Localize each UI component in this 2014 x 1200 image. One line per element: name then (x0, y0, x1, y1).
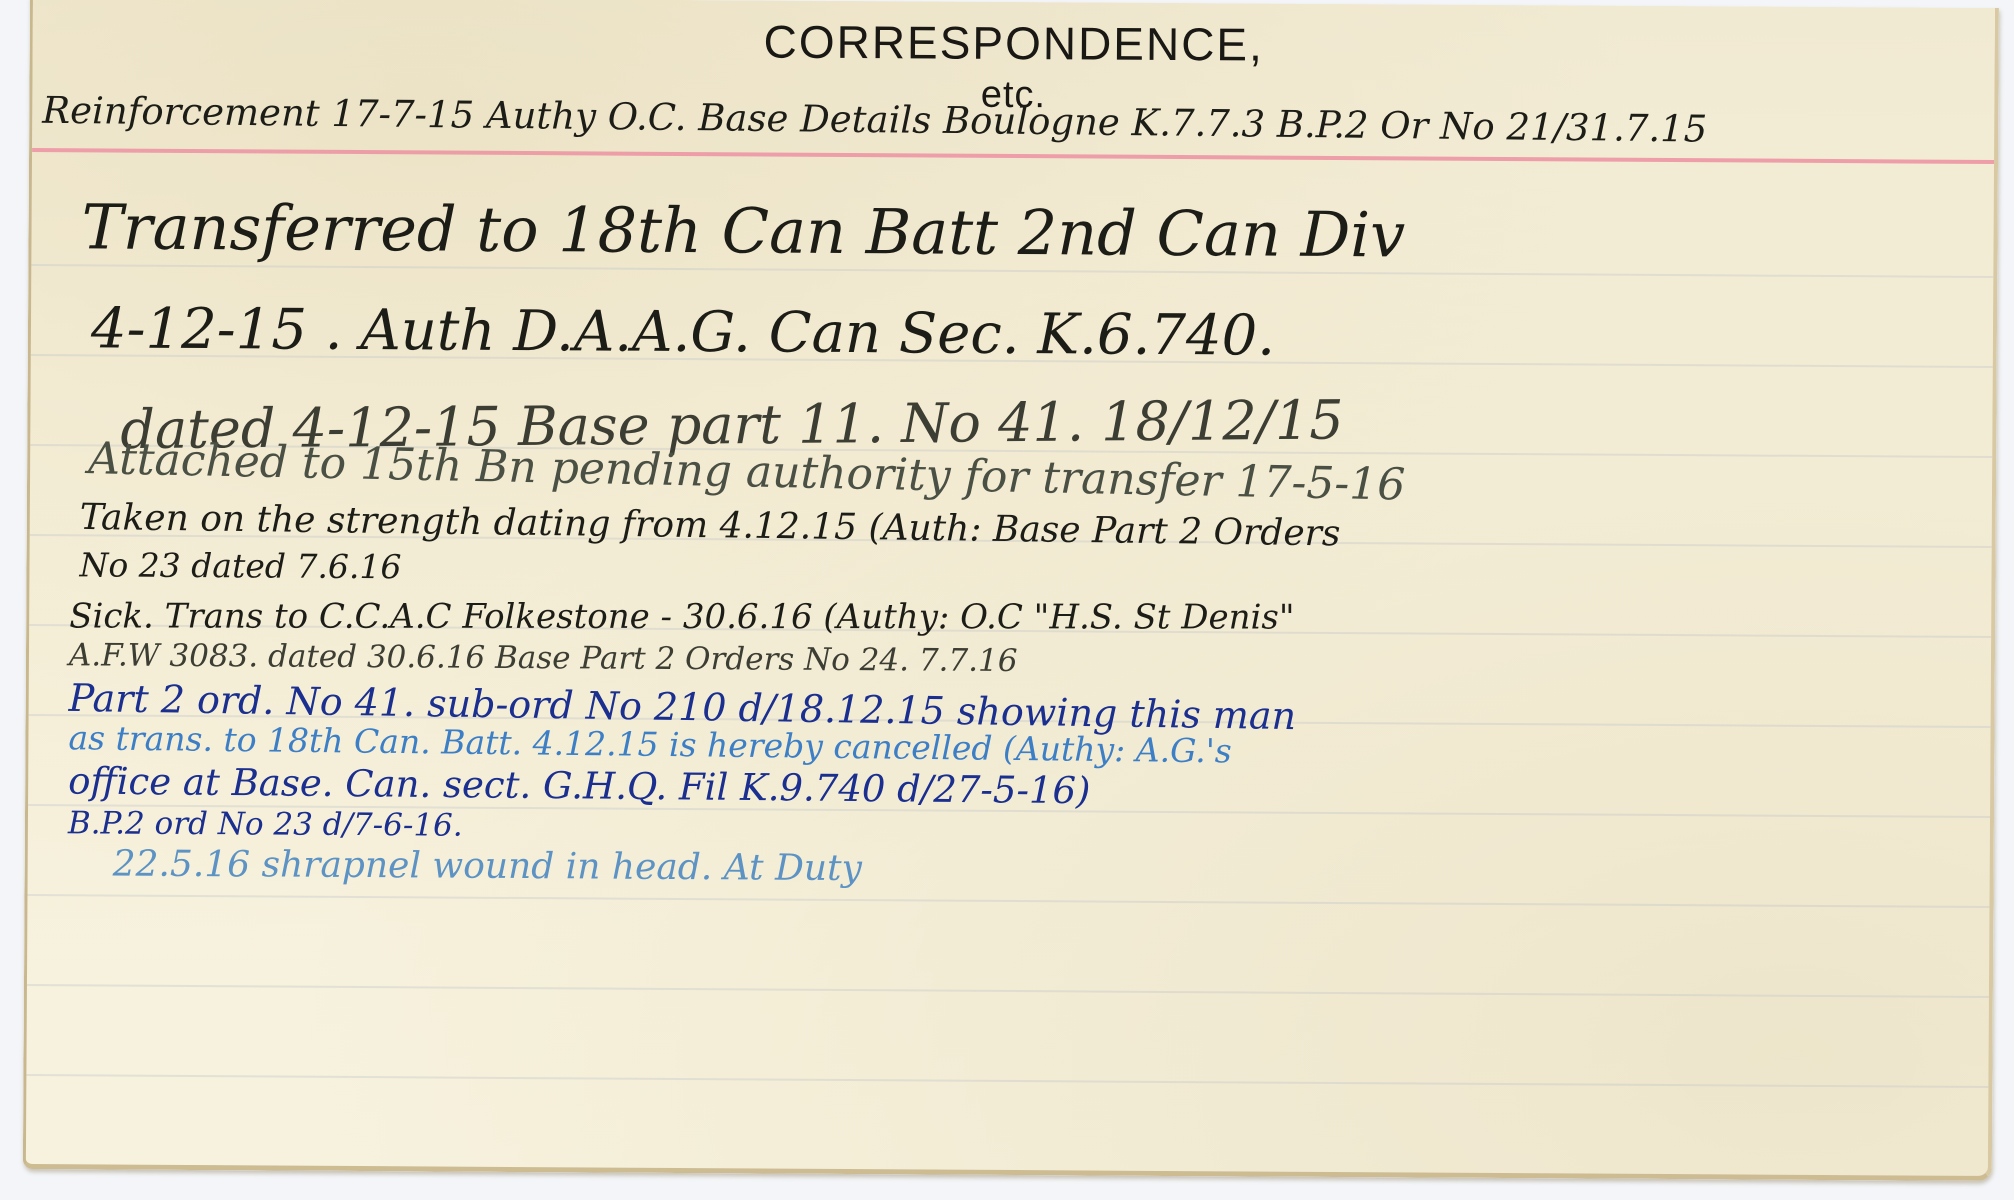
entry-cancellation-line-4: B.P.2 ord No 23 d/7-6-16. (68, 808, 463, 841)
entry-sick-order: A.F.W 3083. dated 30.6.16 Base Part 2 Or… (69, 640, 1018, 677)
entry-transfer: Transferred to 18th Can Batt 2nd Can Div (81, 196, 1405, 266)
entry-wound: 22.5.16 shrapnel wound in head. At Duty (113, 847, 862, 888)
correspondence-card: CORRESPONDENCE, etc. Reinforcement 17-7-… (23, 0, 1999, 1181)
ruled-line (27, 984, 1989, 998)
ruled-line (28, 894, 1990, 908)
scanned-page: CORRESPONDENCE, etc. Reinforcement 17-7-… (0, 0, 2014, 1200)
entry-taken-on-strength-order: No 23 dated 7.6.16 (79, 548, 401, 583)
entry-cancellation-line-3: office at Base. Can. sect. G.H.Q. Fil K.… (68, 762, 1091, 809)
ruled-line (26, 1074, 1988, 1088)
entry-transfer-authority: 4-12-15 . Auth D.A.A.G. Can Sec. K.6.740… (91, 301, 1275, 364)
entry-taken-on-strength: Taken on the strength dating from 4.12.1… (80, 500, 1341, 552)
printed-heading: CORRESPONDENCE, (33, 10, 1995, 76)
entry-sick: Sick. Trans to C.C.A.C Folkestone - 30.6… (69, 599, 1294, 634)
